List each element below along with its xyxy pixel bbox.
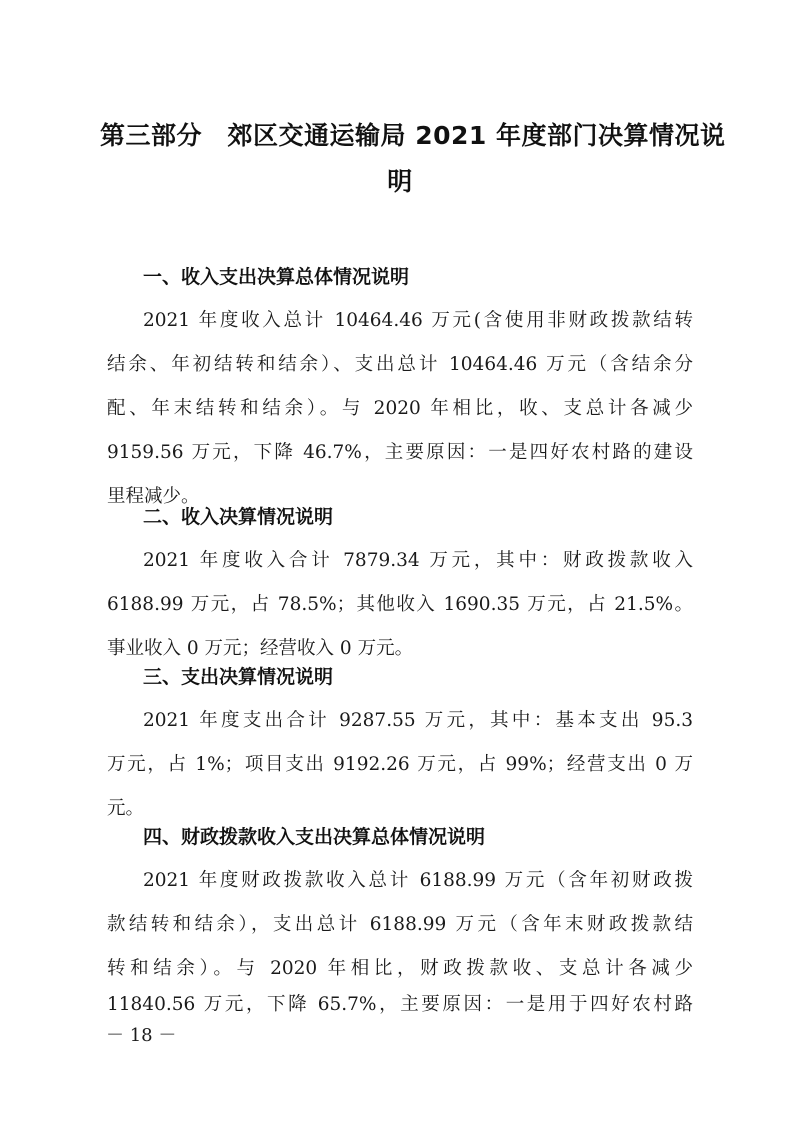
paragraph-line: 6188.99 万元，占 78.5%；其他收入 1690.35 万元，占 21.… (107, 590, 693, 616)
paragraph-line: 事业收入 0 万元；经营收入 0 万元。 (107, 634, 413, 660)
paragraph-line: 2021 年度收入总计 10464.46 万元(含使用非财政拨款结转 (143, 306, 693, 332)
section-heading-4: 四、财政拨款收入支出决算总体情况说明 (143, 822, 485, 849)
page-number: － 18 － (106, 1021, 176, 1047)
paragraph-line: 结余、年初结转和结余）、支出总计 10464.46 万元（含结余分 (107, 350, 693, 376)
paragraph-line: 配、年末结转和结余）。与 2020 年相比，收、支总计各减少 (107, 394, 693, 420)
section-heading-1: 一、收入支出决算总体情况说明 (143, 262, 409, 289)
paragraph-line: 元。 (107, 794, 144, 820)
paragraph-line: 款结转和结余），支出总计 6188.99 万元（含年末财政拨款结 (107, 910, 693, 936)
page-title-line-2: 明 (100, 162, 700, 198)
paragraph-line: 2021 年度财政拨款收入总计 6188.99 万元（含年初财政拨 (143, 866, 693, 892)
paragraph-line: 2021 年度收入合计 7879.34 万元，其中：财政拨款收入 (143, 546, 693, 572)
paragraph-line: 万元，占 1%；项目支出 9192.26 万元，占 99%；经营支出 0 万 (107, 750, 693, 776)
section-heading-3: 三、支出决算情况说明 (143, 662, 333, 689)
paragraph-line: 9159.56 万元，下降 46.7%，主要原因：一是四好农村路的建设 (107, 438, 693, 464)
paragraph-line: 2021 年度支出合计 9287.55 万元，其中：基本支出 95.3 (143, 706, 693, 732)
document-page: 第三部分 郊区交通运输局 2021 年度部门决算情况说 明 一、收入支出决算总体… (0, 0, 793, 1122)
paragraph-line: 11840.56 万元，下降 65.7%，主要原因：一是用于四好农村路 (107, 990, 693, 1016)
section-heading-2: 二、收入决算情况说明 (143, 502, 333, 529)
page-title-line-1: 第三部分 郊区交通运输局 2021 年度部门决算情况说 (100, 116, 700, 152)
paragraph-line: 转和结余）。与 2020 年相比，财政拨款收、支总计各减少 (107, 954, 693, 980)
